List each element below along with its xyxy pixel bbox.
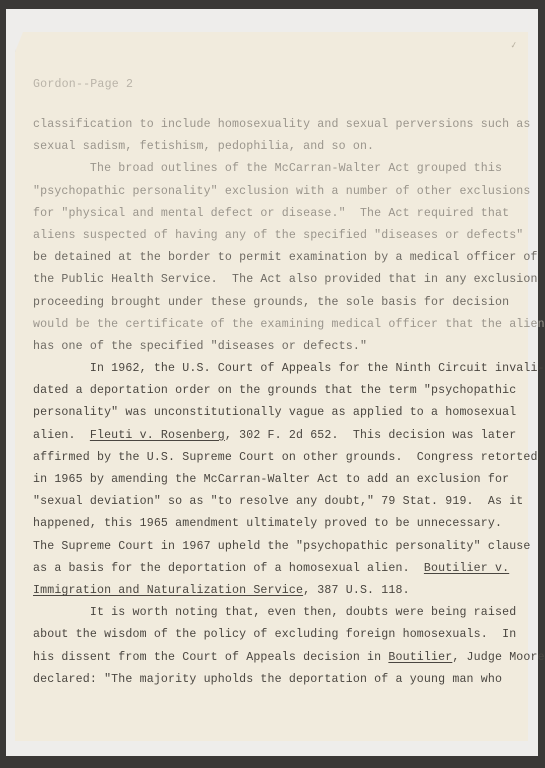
text-line: the Public Health Service. The Act also … <box>33 269 503 291</box>
text-line: It is worth noting that, even then, doub… <box>33 602 503 624</box>
text-run: about the wisdom of the policy of exclud… <box>33 628 516 641</box>
text-run: In 1962, the U.S. Court of Appeals for t… <box>90 362 545 375</box>
text-line: alien. Fleuti v. Rosenberg, 302 F. 2d 65… <box>33 425 503 447</box>
text-run: as a basis for the deportation of a homo… <box>33 562 424 575</box>
text-line: has one of the specified "diseases or de… <box>33 336 503 358</box>
text-run: affirmed by the U.S. Supreme Court on ot… <box>33 451 538 464</box>
text-run: classification to include homosexuality … <box>33 118 531 131</box>
case-citation: Boutilier v. <box>424 562 509 575</box>
text-run: sexual sadism, fetishism, pedophilia, an… <box>33 140 374 153</box>
document-body: classification to include homosexuality … <box>33 114 503 691</box>
case-citation: Immigration and Naturalization Service <box>33 584 303 597</box>
text-run: has one of the specified "diseases or de… <box>33 340 367 353</box>
text-run: the Public Health Service. The Act also … <box>33 273 538 286</box>
text-line: In 1962, the U.S. Court of Appeals for t… <box>33 358 503 380</box>
text-run: , 387 U.S. 118. <box>303 584 410 597</box>
text-run: The Supreme Court in 1967 upheld the "ps… <box>33 540 531 553</box>
text-line: be detained at the border to permit exam… <box>33 247 503 269</box>
text-line: "sexual deviation" so as "to resolve any… <box>33 491 503 513</box>
text-line: aliens suspected of having any of the sp… <box>33 225 503 247</box>
text-line: happened, this 1965 amendment ultimately… <box>33 513 503 535</box>
text-line: in 1965 by amending the McCarran-Walter … <box>33 469 503 491</box>
text-line: affirmed by the U.S. Supreme Court on ot… <box>33 447 503 469</box>
text-line: would be the certificate of the examinin… <box>33 314 503 336</box>
text-line: personality" was unconstitutionally vagu… <box>33 402 503 424</box>
text-line: proceeding brought under these grounds, … <box>33 292 503 314</box>
text-line: declared: "The majority upholds the depo… <box>33 669 503 691</box>
text-run: dated a deportation order on the grounds… <box>33 384 516 397</box>
text-line: classification to include homosexuality … <box>33 114 503 136</box>
text-run: , 302 F. 2d 652. This decision was later <box>225 429 516 442</box>
text-run: "psychopathic personality" exclusion wit… <box>33 185 531 198</box>
text-line: The Supreme Court in 1967 upheld the "ps… <box>33 536 503 558</box>
text-line: Immigration and Naturalization Service, … <box>33 580 503 602</box>
text-run: be detained at the border to permit exam… <box>33 251 538 264</box>
text-line: for "physical and mental defect or disea… <box>33 203 503 225</box>
text-run: The broad outlines of the McCarran-Walte… <box>90 162 502 175</box>
text-run: , Judge Moore <box>452 651 544 664</box>
text-run: declared: "The majority upholds the depo… <box>33 673 502 686</box>
text-line: sexual sadism, fetishism, pedophilia, an… <box>33 136 503 158</box>
text-run: his dissent from the Court of Appeals de… <box>33 651 388 664</box>
text-run: for "physical and mental defect or disea… <box>33 207 509 220</box>
text-line: as a basis for the deportation of a homo… <box>33 558 503 580</box>
text-run: personality" was unconstitutionally vagu… <box>33 406 516 419</box>
text-line: The broad outlines of the McCarran-Walte… <box>33 158 503 180</box>
text-run: proceeding brought under these grounds, … <box>33 296 509 309</box>
text-run: It is worth noting that, even then, doub… <box>90 606 516 619</box>
case-citation: Boutilier <box>388 651 452 664</box>
text-run: in 1965 by amending the McCarran-Walter … <box>33 473 509 486</box>
text-run: happened, this 1965 amendment ultimately… <box>33 517 502 530</box>
text-line: "psychopathic personality" exclusion wit… <box>33 181 503 203</box>
page-header: Gordon--Page 2 <box>33 78 133 91</box>
text-run: aliens suspected of having any of the sp… <box>33 229 523 242</box>
case-citation: Fleuti v. Rosenberg <box>90 429 225 442</box>
text-run: would be the certificate of the examinin… <box>33 318 545 331</box>
text-run: alien. <box>33 429 90 442</box>
text-line: about the wisdom of the policy of exclud… <box>33 624 503 646</box>
text-line: his dissent from the Court of Appeals de… <box>33 647 503 669</box>
text-line: dated a deportation order on the grounds… <box>33 380 503 402</box>
text-run: "sexual deviation" so as "to resolve any… <box>33 495 523 508</box>
